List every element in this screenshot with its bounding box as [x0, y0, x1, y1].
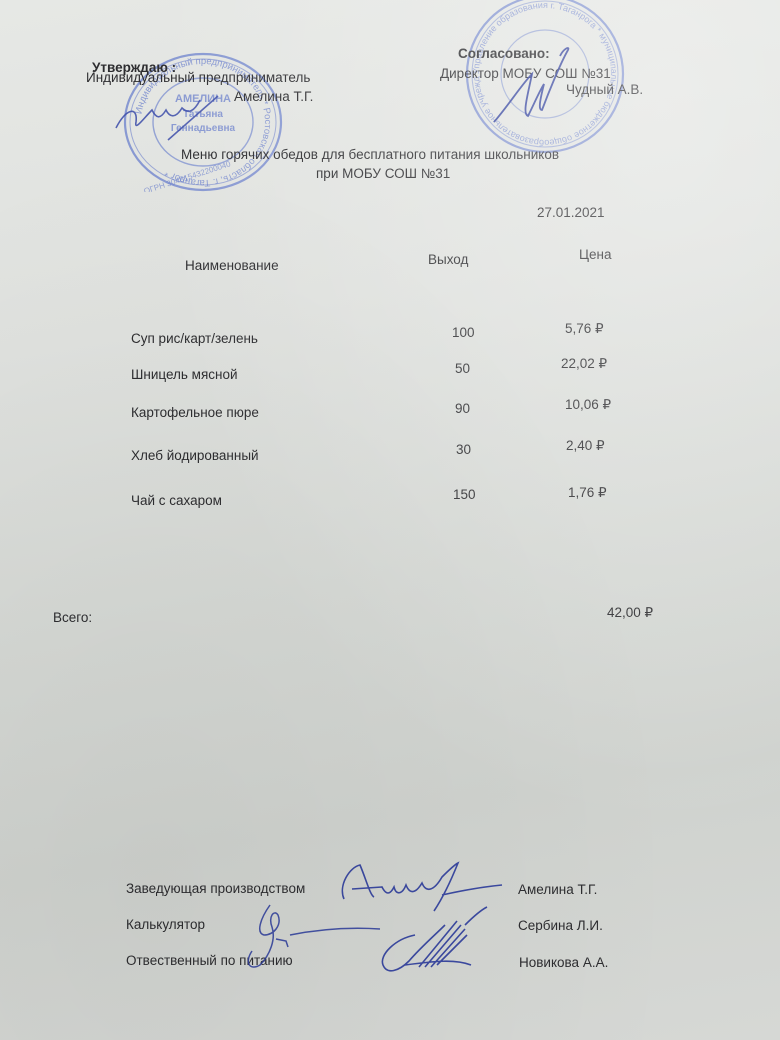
svg-text:АМЕЛИНА: АМЕЛИНА: [175, 93, 231, 105]
row-price: 10,06 ₽: [565, 397, 611, 413]
nutrition-responsible-signature-icon: [375, 905, 505, 985]
row-price: 1,76 ₽: [568, 485, 607, 501]
row-price: 5,76 ₽: [565, 321, 604, 337]
row-name: Суп рис/карт/зелень: [131, 331, 258, 346]
agreed-position: Директор МОБУ СОШ №31: [440, 66, 611, 81]
total-value: 42,00 ₽: [607, 605, 653, 621]
header-name: Наименование: [185, 258, 279, 273]
menu-title-line1: Меню горячих обедов для бесплатного пита…: [181, 147, 559, 162]
signatory-name: Сербина Л.И.: [518, 918, 603, 933]
left-signature-icon: [108, 88, 248, 148]
signatory-name: Амелина Т.Г.: [518, 882, 597, 897]
header-price: Цена: [579, 247, 611, 262]
row-yield: 150: [453, 487, 476, 502]
row-yield: 90: [455, 401, 470, 416]
row-name: Шницель мясной: [131, 367, 238, 382]
row-price: 22,02 ₽: [561, 356, 607, 372]
total-label: Всего:: [53, 610, 92, 625]
menu-date: 27.01.2021: [537, 205, 605, 220]
svg-text:ОГРН 304815432200040: ОГРН 304815432200040: [143, 159, 232, 192]
row-yield: 30: [456, 442, 471, 457]
svg-text:Геннадьевна: Геннадьевна: [171, 123, 236, 134]
svg-text:Татьяна: Татьяна: [183, 109, 223, 120]
row-yield: 50: [455, 361, 470, 376]
signatory-name: Новикова А.А.: [519, 955, 608, 970]
signatory-role: Заведующая производством: [126, 881, 305, 896]
approve-position: Индивидуальный предприниматель: [86, 70, 310, 85]
agreed-name: Чудный А.В.: [566, 82, 643, 97]
production-head-signature-icon: [330, 855, 510, 915]
signatory-role: Отвественный по питанию: [126, 953, 293, 968]
row-price: 2,40 ₽: [566, 438, 605, 454]
row-name: Хлеб йодированный: [131, 448, 259, 463]
document-page: Индивидуальный предприниматель * Ростовс…: [0, 0, 780, 1040]
approve-name: Амелина Т.Г.: [234, 89, 313, 104]
signatory-role: Калькулятор: [126, 917, 205, 932]
agreed-heading: Согласовано:: [458, 46, 550, 61]
menu-title-line2: при МОБУ СОШ №31: [316, 166, 450, 181]
row-name: Чай с сахаром: [131, 493, 222, 508]
row-yield: 100: [452, 325, 475, 340]
header-yield: Выход: [428, 252, 468, 267]
row-name: Картофельное пюре: [131, 405, 259, 420]
